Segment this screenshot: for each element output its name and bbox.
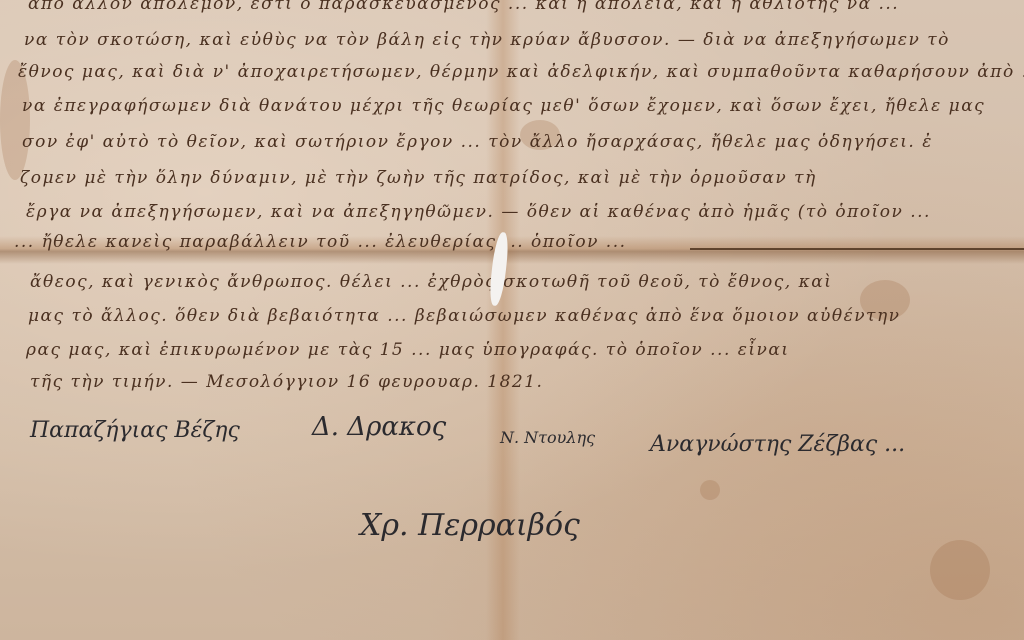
- text-line: ζομεν μὲ τὴν ὅλην δύναμιν, μὲ τὴν ζωὴν τ…: [20, 168, 817, 188]
- text-line: ρας μας, καὶ ἐπικυρωμένον με τὰς 15 ... …: [26, 340, 790, 360]
- text-line: σον ἐφ' αὐτὸ τὸ θεῖον, καὶ σωτήριον ἔργο…: [22, 132, 933, 152]
- stain: [930, 540, 990, 600]
- text-line: ἔργα να ἀπεξηγήσωμεν, καὶ να ἀπεξηγηθῶμε…: [26, 202, 931, 222]
- text-line: μας τὸ ἄλλος. ὅθεν διὰ βεβαιότητα ... βε…: [28, 306, 900, 326]
- signature: Αναγνώστης Ζέζβας ...: [650, 432, 905, 457]
- signature: Ν. Ντουλης: [500, 428, 595, 447]
- signature: Δ. Δρακος: [312, 412, 446, 442]
- text-line: ... ἤθελε κανεὶς παραβάλλειν τοῦ ... ἐλε…: [14, 232, 627, 252]
- text-line: να ἐπεγραφήσωμεν διὰ θανάτου μέχρι τῆς θ…: [22, 96, 985, 116]
- text-line: ἀπὸ ἄλλον ἀπόλεμον, ἐστὶ ὁ παρασκευασμέν…: [28, 0, 899, 14]
- text-line: ἔθνος μας, καὶ διὰ ν' ἀποχαιρετήσωμεν, θ…: [18, 62, 1024, 82]
- manuscript-page: ἀπὸ ἄλλον ἀπόλεμον, ἐστὶ ὁ παρασκευασμέν…: [0, 0, 1024, 640]
- text-line: ἄθεος, καὶ γενικὸς ἄνθρωπος. θέλει ... ἐ…: [30, 272, 832, 292]
- fold-crease: [690, 248, 1024, 250]
- signature: Χρ. Περραιβός: [360, 508, 580, 543]
- stain: [700, 480, 720, 500]
- text-line: τῆς τὴν τιμήν. — Μεσολόγγιον 16 φευρουαρ…: [30, 372, 543, 392]
- signature: Παπαζήγιας Βέζης: [30, 418, 240, 443]
- text-line: να τὸν σκοτώση, καὶ εὐθὺς να τὸν βάλη εἰ…: [24, 30, 950, 50]
